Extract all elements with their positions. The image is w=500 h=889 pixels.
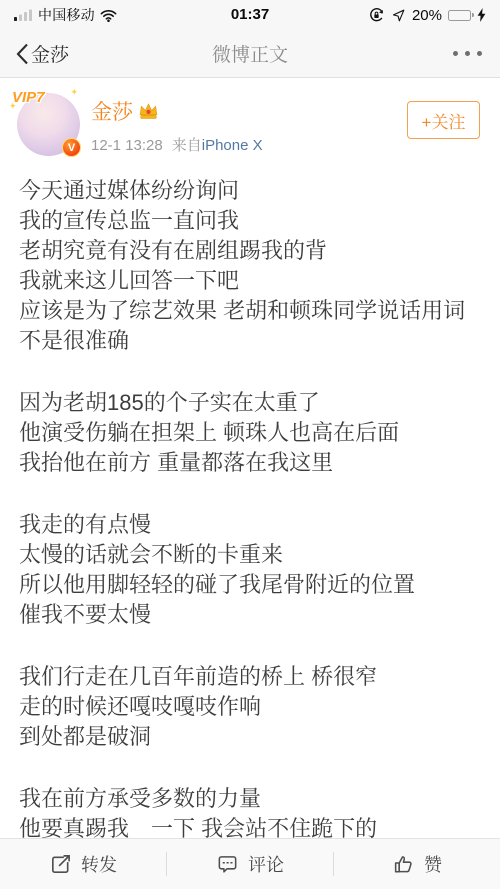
status-bar: 中国移动 01:37	[0, 0, 500, 30]
paragraph: 我在前方承受多数的力量 他要真踢我 一下 我会站不住跪下的	[19, 784, 481, 844]
text-line: 不是很准确	[19, 326, 481, 356]
battery-percent: 20%	[412, 7, 442, 24]
more-button[interactable]	[451, 45, 484, 62]
text-line: 催我不要太慢	[19, 600, 481, 630]
text-line: 我在前方承受多数的力量	[19, 784, 481, 814]
repost-icon	[49, 853, 72, 876]
location-icon	[391, 8, 406, 23]
charging-bolt-icon	[477, 8, 486, 22]
weibo-post-screen: 中国移动 01:37	[0, 0, 500, 889]
top-chrome: 中国移动 01:37	[0, 0, 500, 78]
text-line: 老胡究竟有没有在剧组踢我的背	[19, 236, 481, 266]
like-button[interactable]: 赞	[334, 839, 500, 889]
comment-icon	[216, 853, 239, 876]
status-right: 20%	[368, 7, 486, 24]
back-label: 金莎	[31, 40, 69, 67]
carrier-label: 中国移动	[38, 5, 95, 25]
status-left: 中国移动	[14, 5, 117, 25]
follow-button[interactable]: +关注	[407, 101, 480, 139]
back-chevron-icon	[16, 43, 29, 65]
post-text: 今天通过媒体纷纷询问 我的宣传总监一直问我 老胡究竟有没有在剧组踢我的背 我就来…	[0, 156, 500, 844]
text-line: 我就来这儿回答一下吧	[19, 266, 481, 296]
text-line: 到处都是破洞	[19, 722, 481, 752]
more-icon	[453, 51, 458, 56]
author-block: 金莎 12-1 13:28来自iPhone X	[91, 93, 263, 156]
crown-icon	[138, 102, 159, 120]
repost-label: 转发	[81, 851, 117, 877]
author-name[interactable]: 金莎	[91, 96, 133, 126]
rotation-lock-icon	[368, 7, 385, 24]
source-prefix: 来自	[172, 137, 202, 154]
comment-button[interactable]: 评论	[167, 839, 333, 889]
text-line: 应该是为了综艺效果 老胡和顿珠同学说话用词	[19, 296, 481, 326]
post-header: ✦ ✦ VIP7 V 金莎 12-1 13:28来自iPhone X +关注	[0, 78, 500, 156]
thumbs-up-icon	[392, 853, 415, 876]
bottom-toolbar: 转发 评论 赞	[0, 838, 500, 889]
page-title: 微博正文	[0, 40, 500, 67]
post-meta: 12-1 13:28来自iPhone X	[91, 134, 263, 155]
repost-button[interactable]: 转发	[0, 839, 166, 889]
text-line: 我的宣传总监一直问我	[19, 206, 481, 236]
like-label: 赞	[424, 851, 442, 877]
comment-label: 评论	[248, 851, 284, 877]
text-line: 我走的有点慢	[19, 510, 481, 540]
text-line: 所以他用脚轻轻的碰了我尾骨附近的位置	[19, 570, 481, 600]
text-line: 我们行走在几百年前造的桥上 桥很窄	[19, 662, 481, 692]
text-line: 太慢的话就会不断的卡重来	[19, 540, 481, 570]
avatar[interactable]: ✦ ✦ VIP7 V	[17, 93, 80, 156]
paragraph: 今天通过媒体纷纷询问 我的宣传总监一直问我 老胡究竟有没有在剧组踢我的背 我就来…	[19, 176, 481, 356]
text-line: 我抬他在前方 重量都落在我这里	[19, 448, 481, 478]
back-button[interactable]: 金莎	[16, 40, 69, 67]
signal-icon	[14, 9, 33, 21]
source-link[interactable]: iPhone X	[202, 137, 263, 154]
text-line: 今天通过媒体纷纷询问	[19, 176, 481, 206]
text-line: 因为老胡185的个子实在太重了	[19, 388, 481, 418]
vip-badge: VIP7	[12, 89, 45, 106]
paragraph: 因为老胡185的个子实在太重了 他演受伤躺在担架上 顿珠人也高在后面 我抬他在前…	[19, 388, 481, 478]
battery-icon	[448, 10, 471, 21]
wifi-icon	[100, 9, 117, 22]
nav-bar: 金莎 微博正文	[0, 30, 500, 77]
paragraph: 我们行走在几百年前造的桥上 桥很窄 走的时候还嘎吱嘎吱作响 到处都是破洞	[19, 662, 481, 752]
vip-star-icon: ✦	[70, 87, 78, 98]
clock: 01:37	[231, 6, 269, 23]
text-line: 走的时候还嘎吱嘎吱作响	[19, 692, 481, 722]
paragraph: 我走的有点慢 太慢的话就会不断的卡重来 所以他用脚轻轻的碰了我尾骨附近的位置 催…	[19, 510, 481, 630]
text-line: 他演受伤躺在担架上 顿珠人也高在后面	[19, 418, 481, 448]
timestamp: 12-1 13:28	[91, 137, 163, 154]
verified-badge: V	[62, 138, 81, 157]
